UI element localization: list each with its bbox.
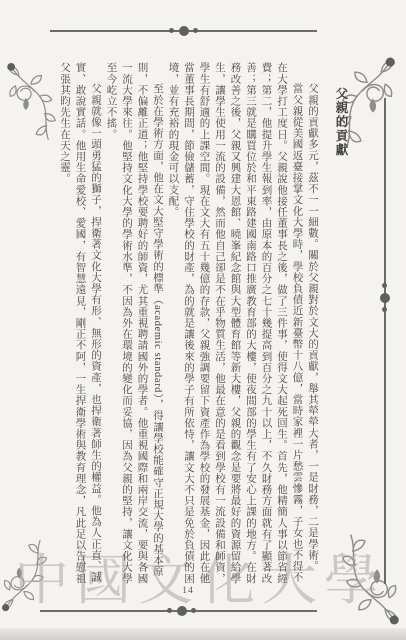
- paragraph: 當父親從美國返臺接掌文化大學時，學校負債近新臺幣十八億，當時家裡一片愁雲慘霧，子…: [165, 62, 305, 584]
- paragraph: 至於在學術方面，他在文大堅守學術的標準（academic standard），得…: [103, 62, 165, 584]
- head-rule-dot: [169, 28, 174, 33]
- scan-edge-shadow: [0, 628, 406, 640]
- edge-rule-dot: [382, 283, 387, 288]
- edge-rule-dot: [380, 293, 390, 303]
- paragraph: 父親就像一頭勇猛的獅子，捍衛著文化大學有形、無形的資產，也捍衛著師生的權益。他為…: [57, 62, 104, 584]
- page-number: 14: [168, 586, 208, 596]
- paragraph: 父親的貢獻多元，茲不一一細數。關於父親對於文大的貢獻，舉其犖犖大者，一是財務，二…: [305, 62, 321, 584]
- head-rule-dot: [193, 28, 198, 33]
- book-page: 中國文化大學 父親的貢獻 父親的貢獻多元，茲不一一細數。關於父親對於文大的貢獻，…: [0, 0, 406, 640]
- edge-rule: [384, 98, 386, 584]
- body-text: 父親的貢獻多元，茲不一一細數。關於父親對於文大的貢獻，舉其犖犖大者，一是財務，二…: [50, 62, 320, 584]
- edge-rule-dot: [382, 307, 387, 312]
- head-rule-dot: [179, 26, 189, 36]
- chapter-title: 父親的貢獻: [332, 87, 350, 567]
